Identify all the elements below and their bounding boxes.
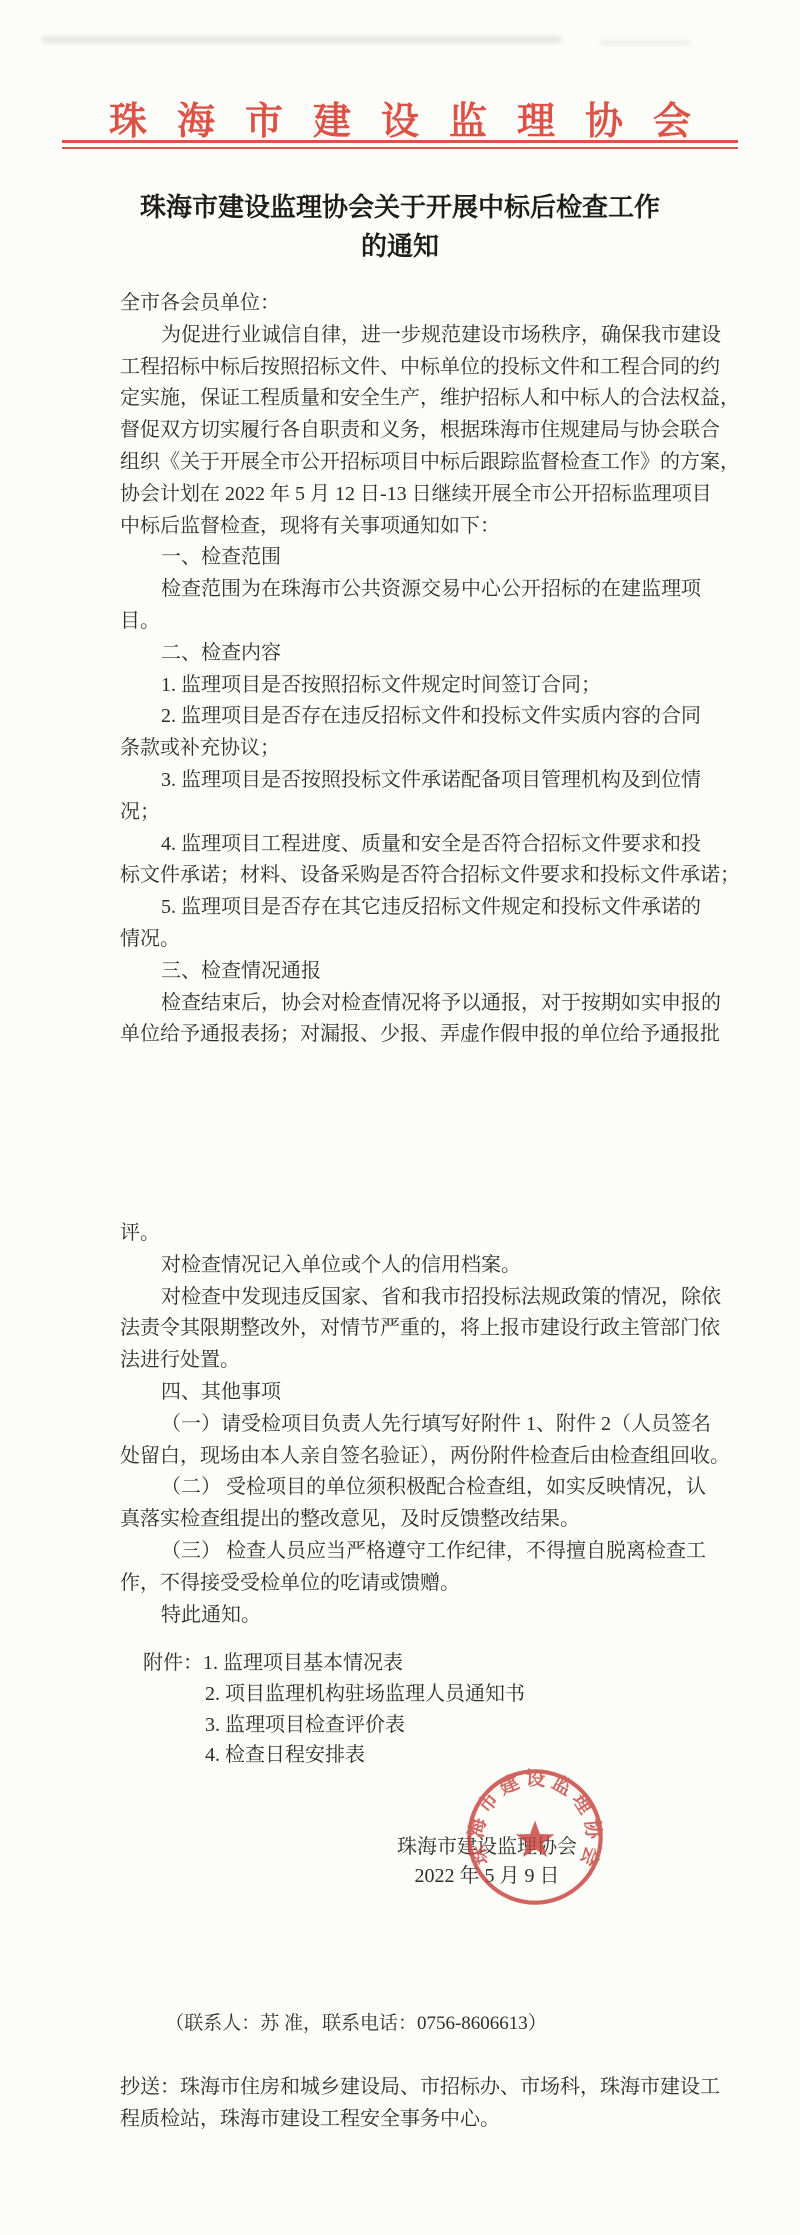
attachments-label: 附件： xyxy=(143,1652,203,1674)
seal-text: 珠海市建设监理协会 xyxy=(464,1767,605,1875)
closing-phrase: 特此通知。 xyxy=(120,1600,692,1632)
body-line: （一）请受检项目负责人先行填写好附件 1、附件 2（人员签名 xyxy=(120,1409,692,1441)
notice-title-line1: 珠海市建设监理协会关于开展中标后检查工作 xyxy=(0,188,800,227)
notice-title-line2: 的通知 xyxy=(0,227,800,266)
body-line: （三） 检查人员应当严格遵守工作纪律，不得擅自脱离检查工 xyxy=(120,1536,692,1568)
cc-line: 程质检站，珠海市建设工程安全事务中心。 xyxy=(120,2104,700,2136)
body-line: 检查范围为在珠海市公共资源交易中心公开招标的在建监理项 xyxy=(120,574,692,606)
body-line: 协会计划在 2022 年 5 月 12 日-13 日继续开展全市公开招标监理项目 xyxy=(120,479,692,511)
body-line: 况； xyxy=(120,797,692,829)
cc-block: 抄送：珠海市住房和城乡建设局、市招标办、市场科，珠海市建设工 程质检站，珠海市建… xyxy=(120,2072,700,2136)
body-line: 督促双方切实履行各自职责和义务，根据珠海市住规建局与协会联合 xyxy=(120,415,692,447)
attachments-list: 附件：1. 监理项目基本情况表 2. 项目监理机构驻场监理人员通知书 3. 监理… xyxy=(120,1648,692,1771)
section-heading: 一、检查范围 xyxy=(120,542,692,574)
document-page: 珠海市建设监理协会 珠海市建设监理协会关于开展中标后检查工作 的通知 全市各会员… xyxy=(0,0,800,2235)
attachment-item: 2. 项目监理机构驻场监理人员通知书 xyxy=(120,1679,692,1710)
body-line: 条款或补充协议； xyxy=(120,733,692,765)
section-heading: 二、检查内容 xyxy=(120,638,692,670)
body-line: 法责令其限期整改外，对情节严重的，将上报市建设行政主管部门依 xyxy=(120,1313,692,1345)
body-line: 对检查中发现违反国家、省和我市招投标法规政策的情况，除依 xyxy=(120,1282,692,1314)
seal-star-icon xyxy=(516,1820,555,1857)
body-line: 作，不得接受受检单位的吃请或馈赠。 xyxy=(120,1568,692,1600)
body-line: 5. 监理项目是否存在其它违反招标文件规定和投标文件承诺的 xyxy=(120,892,692,924)
body-line: 1. 监理项目是否按照招标文件规定时间签订合同； xyxy=(120,670,692,702)
body-line: 检查结束后，协会对检查情况将予以通报，对于按期如实申报的 xyxy=(120,988,692,1020)
body-line: 评。 xyxy=(120,1218,692,1250)
attachment-item: 1. 监理项目基本情况表 xyxy=(203,1652,403,1674)
body-line: 处留白，现场由本人亲自签名验证），两份附件检查后由检查组回收。 xyxy=(120,1441,692,1473)
body-page1: 全市各会员单位： 为促进行业诚信自律，进一步规范建设市场秩序，确保我市建设 工程… xyxy=(120,288,692,1051)
cc-line: 抄送：珠海市住房和城乡建设局、市招标办、市场科，珠海市建设工 xyxy=(120,2072,700,2104)
body-line: 真落实检查组提出的整改意见，及时反馈整改结果。 xyxy=(120,1504,692,1536)
body-page2: 评。 对检查情况记入单位或个人的信用档案。 对检查中发现违反国家、省和我市招投标… xyxy=(120,1218,692,1631)
body-line: 目。 xyxy=(120,606,692,638)
notice-title: 珠海市建设监理协会关于开展中标后检查工作 的通知 xyxy=(0,188,800,266)
body-line: 定实施，保证工程质量和安全生产，维护招标人和中标人的合法权益， xyxy=(120,383,692,415)
letterhead-rule-thick xyxy=(62,140,738,143)
scan-smudge xyxy=(600,40,690,45)
letterhead-rule-thin xyxy=(62,147,738,149)
attachment-item: 3. 监理项目检查评价表 xyxy=(120,1710,692,1741)
body-line: 法进行处置。 xyxy=(120,1345,692,1377)
body-line: 4. 监理项目工程进度、质量和安全是否符合招标文件要求和投 xyxy=(120,829,692,861)
letterhead-org-name: 珠海市建设监理协会 xyxy=(0,90,800,145)
body-line: 2. 监理项目是否存在违反招标文件和投标文件实质内容的合同 xyxy=(120,701,692,733)
body-line: （二） 受检项目的单位须积极配合检查组，如实反映情况，认 xyxy=(120,1472,692,1504)
body-line: 中标后监督检查，现将有关事项通知如下： xyxy=(120,511,692,543)
body-line: 为促进行业诚信自律，进一步规范建设市场秩序，确保我市建设 xyxy=(120,320,692,352)
body-line: 情况。 xyxy=(120,924,692,956)
official-seal: 珠海市建设监理协会 xyxy=(461,1763,609,1911)
section-heading: 四、其他事项 xyxy=(120,1377,692,1409)
scan-smudge xyxy=(42,36,562,43)
attachment-row: 附件：1. 监理项目基本情况表 xyxy=(120,1648,692,1679)
body-line: 标文件承诺；材料、设备采购是否符合招标文件要求和投标文件承诺； xyxy=(120,860,692,892)
section-heading: 三、检查情况通报 xyxy=(120,956,692,988)
body-line: 3. 监理项目是否按照投标文件承诺配备项目管理机构及到位情 xyxy=(120,765,692,797)
body-line: 对检查情况记入单位或个人的信用档案。 xyxy=(120,1250,692,1282)
contact-line: （联系人：苏 准，联系电话：0756-8606613） xyxy=(0,2010,712,2038)
body-line: 单位给予通报表扬；对漏报、少报、弄虚作假申报的单位给予通报批 xyxy=(120,1019,692,1051)
body-line: 工程招标中标后按照招标文件、中标单位的投标文件和工程合同的约 xyxy=(120,352,692,384)
salutation: 全市各会员单位： xyxy=(120,288,692,320)
body-line: 组织《关于开展全市公开招标项目中标后跟踪监督检查工作》的方案， xyxy=(120,447,692,479)
